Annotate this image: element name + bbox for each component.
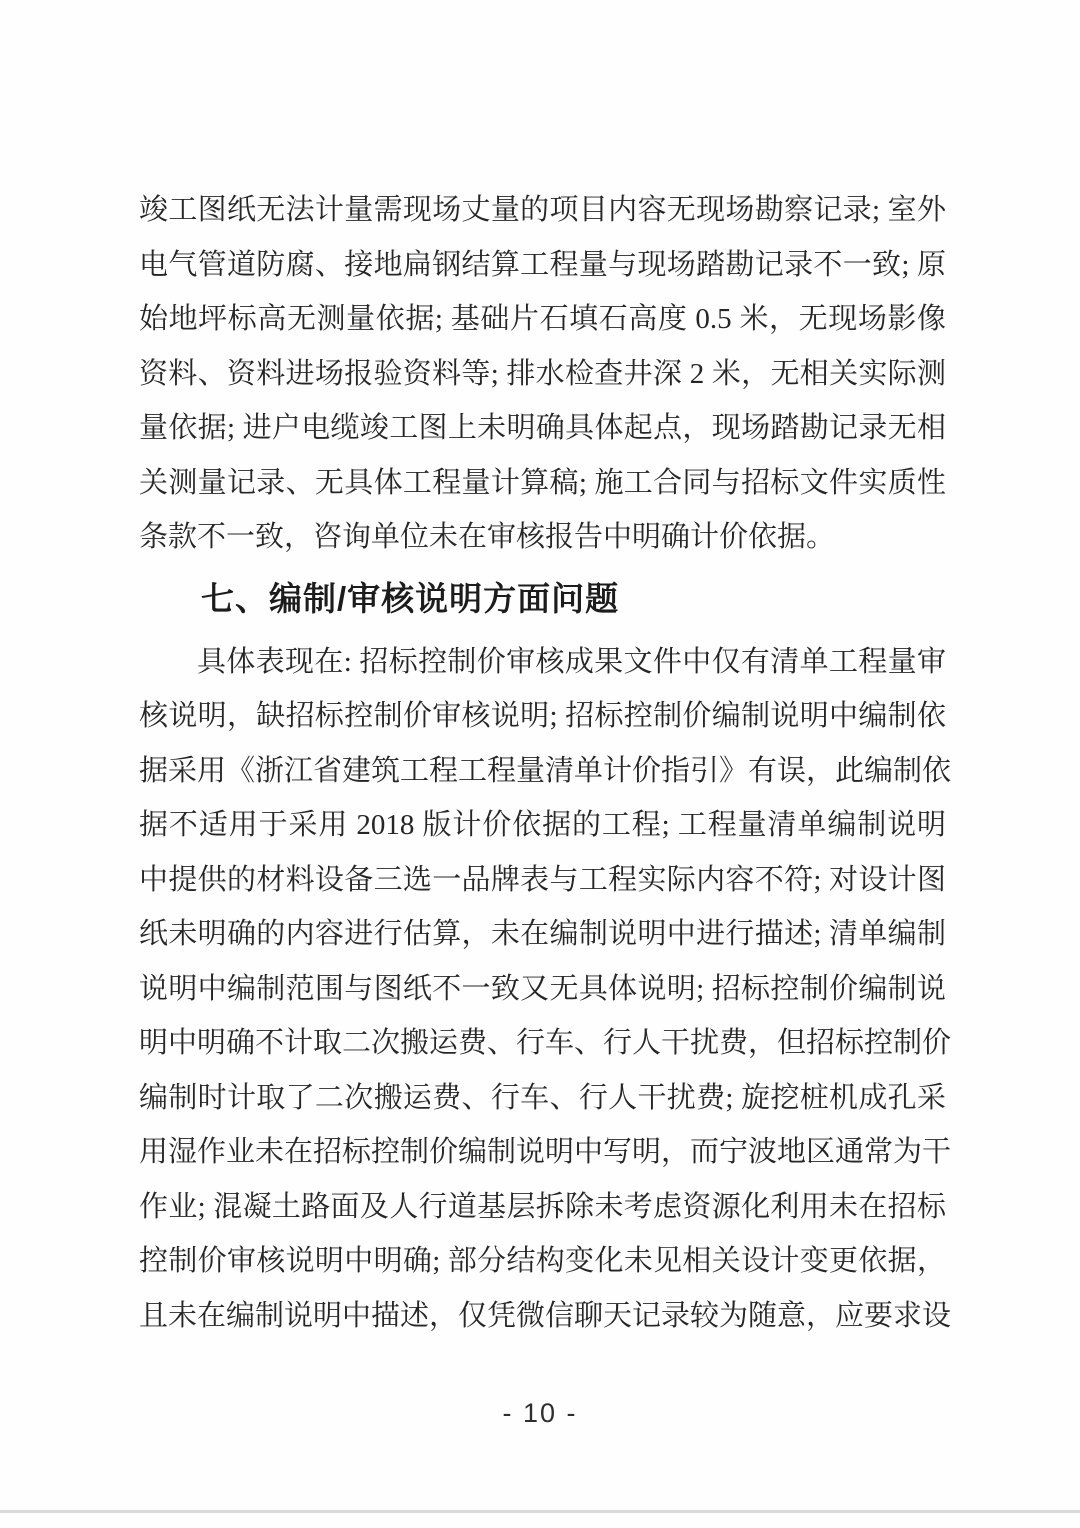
- bottom-divider: [0, 1510, 1080, 1513]
- text-line: 电气管道防腐、接地扁钢结算工程量与现场踏勘记录不一致; 原: [139, 238, 946, 293]
- text-line: 且未在编制说明中描述，仅凭微信聊天记录较为随意，应要求设: [139, 1289, 946, 1344]
- text-line: 编制时计取了二次搬运费、行车、行人干扰费; 旋挖桩机成孔采: [139, 1071, 946, 1126]
- text-line: 竣工图纸无法计量需现场丈量的项目内容无现场勘察记录; 室外: [139, 183, 946, 238]
- text-line: 始地坪标高无测量依据; 基础片石填石高度 0.5 米，无现场影像: [139, 292, 946, 347]
- text-line: 控制价审核说明中明确; 部分结构变化未见相关设计变更依据，: [139, 1234, 946, 1289]
- text-line: 说明中编制范围与图纸不一致又无具体说明; 招标控制价编制说: [139, 962, 946, 1017]
- section-heading: 七、编制/审核说明方面问题: [139, 577, 946, 621]
- text-line: 具体表现在: 招标控制价审核成果文件中仅有清单工程量审: [139, 635, 946, 690]
- paragraph-body: 具体表现在: 招标控制价审核成果文件中仅有清单工程量审核说明，缺招标控制价审核说…: [139, 635, 946, 1344]
- text-line: 作业; 混凝土路面及人行道基层拆除未考虑资源化利用未在招标: [139, 1180, 946, 1235]
- text-line: 据不适用于采用 2018 版计价依据的工程; 工程量清单编制说明: [139, 798, 946, 853]
- document-page: 竣工图纸无法计量需现场丈量的项目内容无现场勘察记录; 室外电气管道防腐、接地扁钢…: [0, 0, 1080, 1528]
- text-line: 据采用《浙江省建筑工程工程量清单计价指引》有误，此编制依: [139, 744, 946, 799]
- text-line: 核说明，缺招标控制价审核说明; 招标控制价编制说明中编制依: [139, 689, 946, 744]
- text-line: 条款不一致，咨询单位未在审核报告中明确计价依据。: [139, 510, 946, 565]
- page-number: - 10 -: [0, 1398, 1080, 1429]
- text-line: 纸未明确的内容进行估算，未在编制说明中进行描述; 清单编制: [139, 907, 946, 962]
- text-line: 资料、资料进场报验资料等; 排水检查井深 2 米，无相关实际测: [139, 347, 946, 402]
- text-line: 关测量记录、无具体工程量计算稿; 施工合同与招标文件实质性: [139, 456, 946, 511]
- text-line: 中提供的材料设备三选一品牌表与工程实际内容不符; 对设计图: [139, 853, 946, 908]
- text-line: 用湿作业未在招标控制价编制说明中写明，而宁波地区通常为干: [139, 1125, 946, 1180]
- text-line: 明中明确不计取二次搬运费、行车、行人干扰费，但招标控制价: [139, 1016, 946, 1071]
- text-line: 量依据; 进户电缆竣工图上未明确具体起点，现场踏勘记录无相: [139, 401, 946, 456]
- paragraph-continuation: 竣工图纸无法计量需现场丈量的项目内容无现场勘察记录; 室外电气管道防腐、接地扁钢…: [139, 183, 946, 565]
- text-block: 竣工图纸无法计量需现场丈量的项目内容无现场勘察记录; 室外电气管道防腐、接地扁钢…: [139, 183, 946, 1343]
